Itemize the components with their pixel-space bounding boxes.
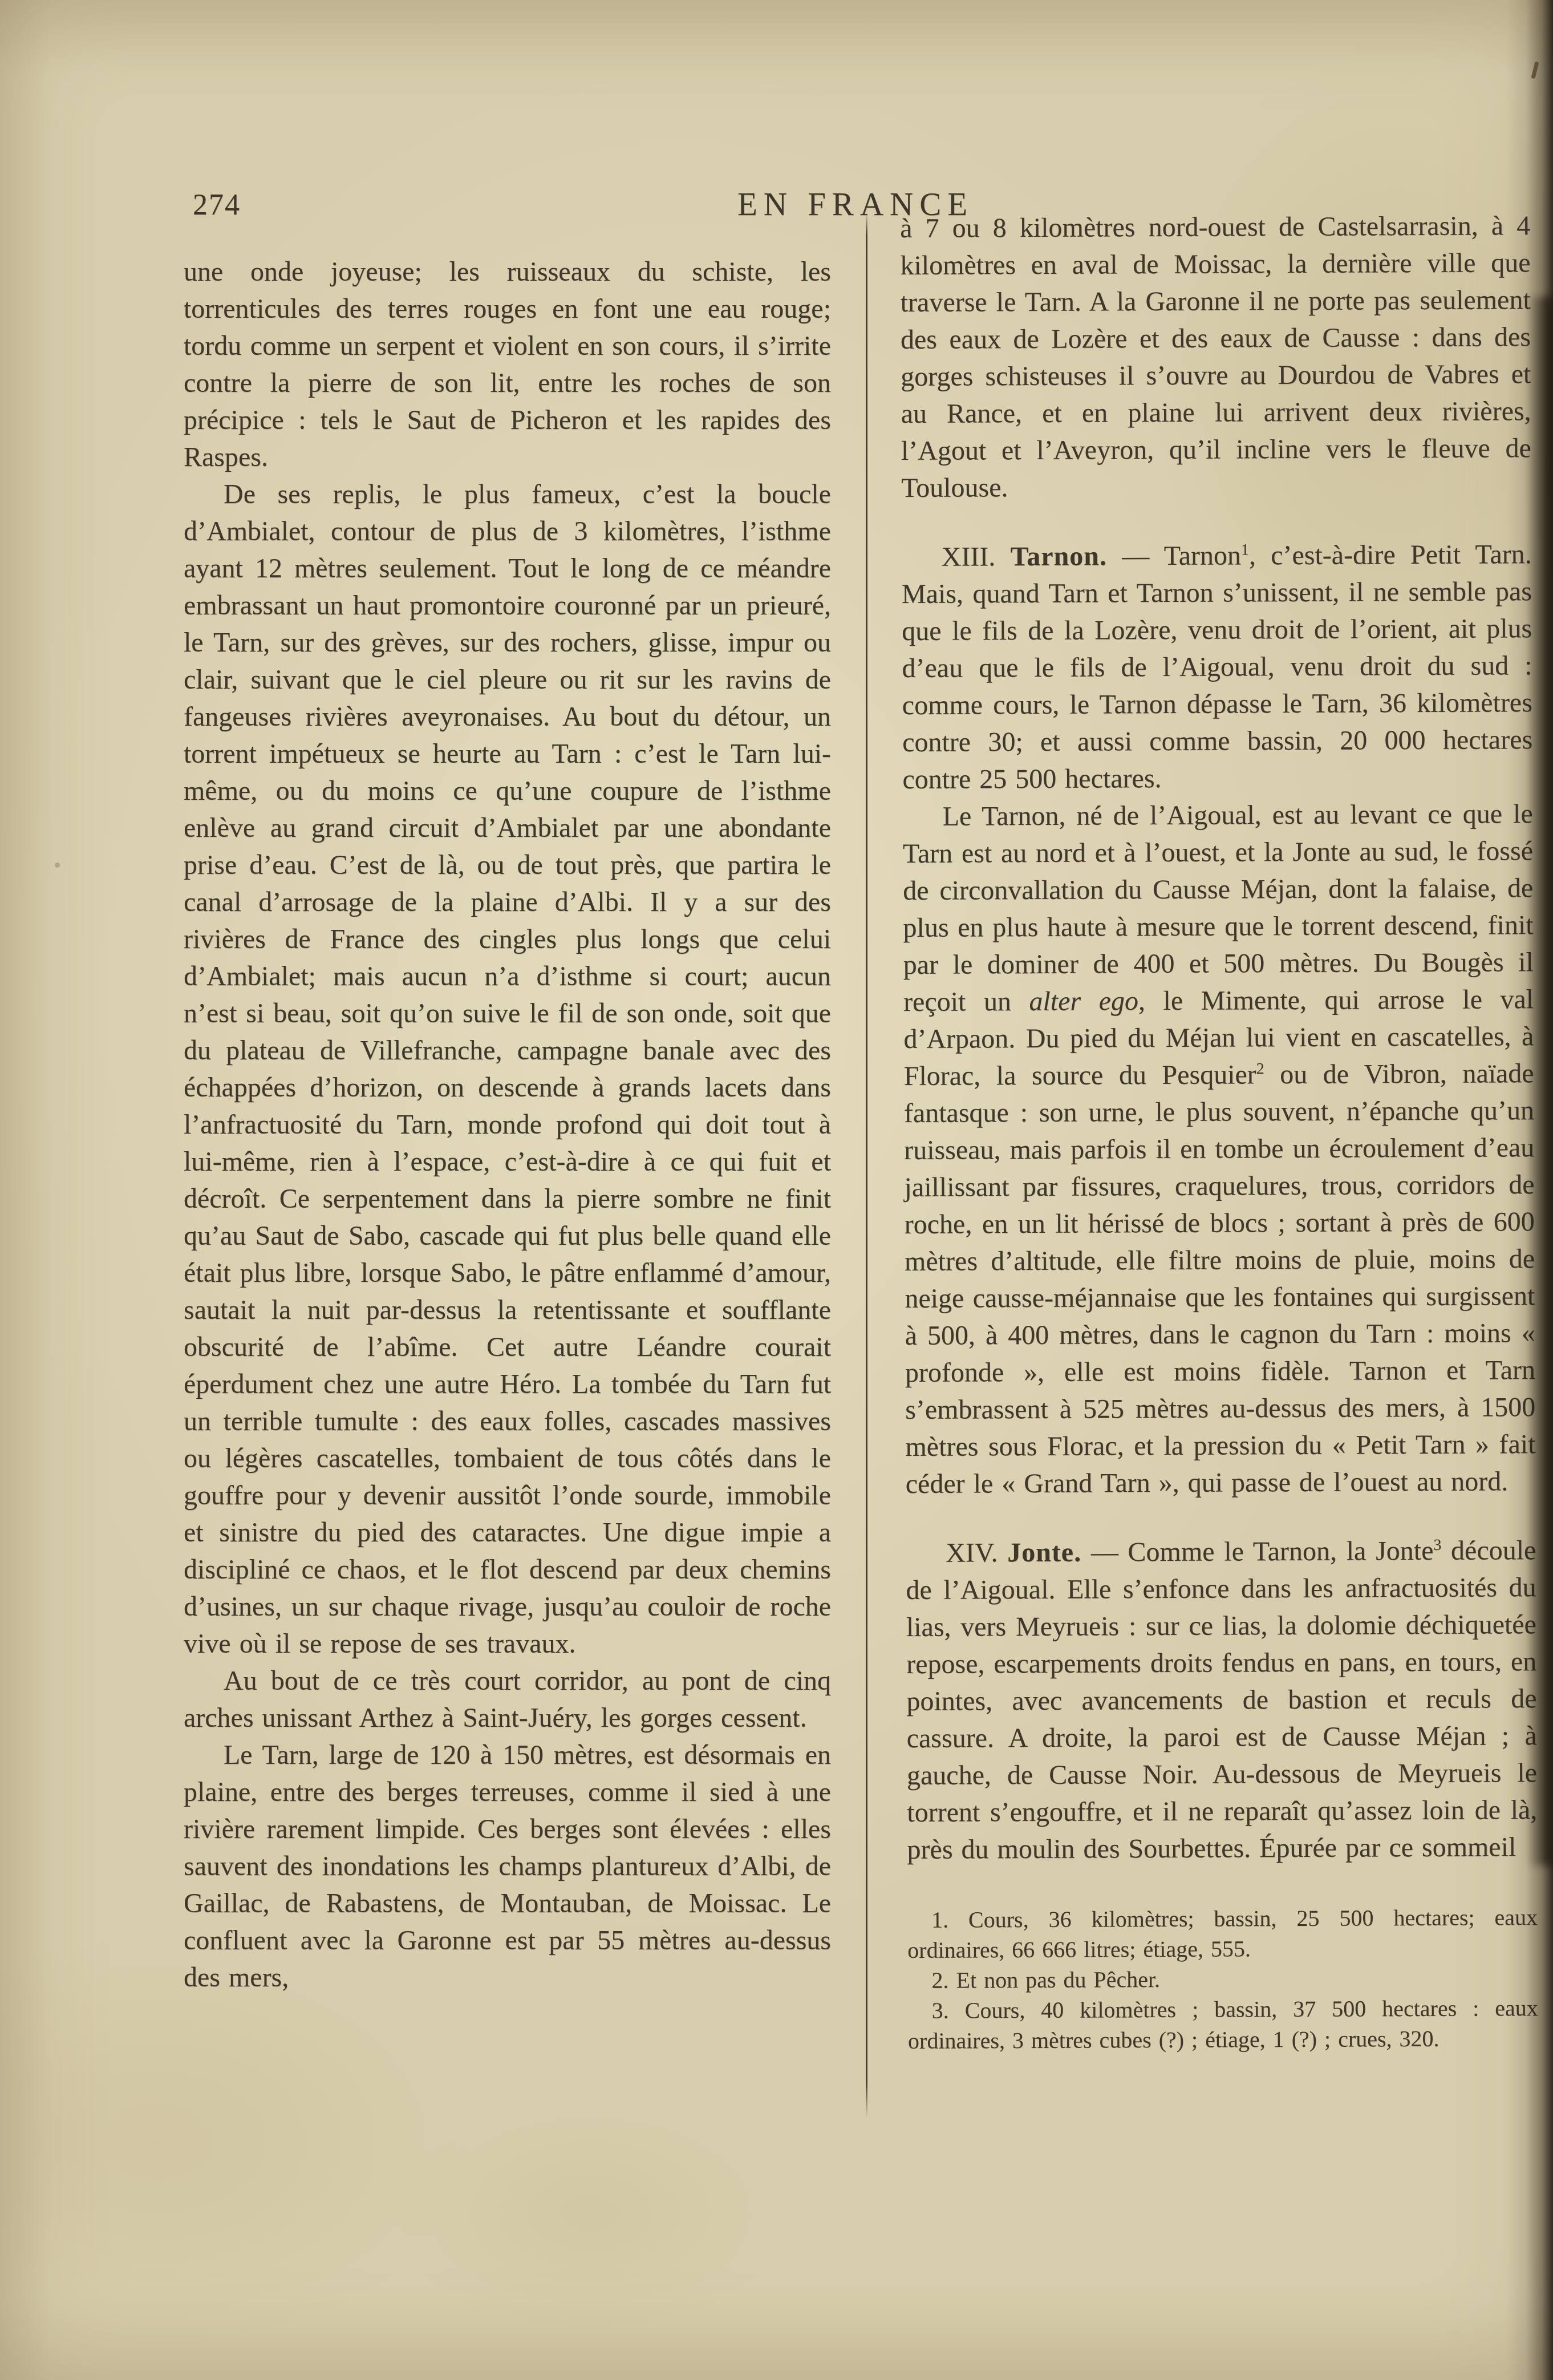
left-column: une onde joyeuse; les ruisseaux du schis…	[184, 253, 831, 1996]
paragraph: De ses replis, le plus fameux, c’est la …	[184, 476, 831, 1662]
paragraph: Le Tarnon, né de l’Aigoual, est au levan…	[902, 795, 1535, 1503]
right-column-text: à 7 ou 8 kilomètres nord-ouest de Castel…	[900, 207, 1538, 1868]
paragraph: à 7 ou 8 kilomètres nord-ouest de Castel…	[900, 207, 1531, 507]
gutter-shadow-core	[1527, 297, 1553, 1865]
paragraph: Le Tarn, large de 120 à 150 mètres, est …	[184, 1737, 831, 1996]
footnote: 1. Cours, 36 kilomètres; bassin, 25 500 …	[907, 1902, 1538, 1965]
paragraph: une onde joyeuse; les ruisseaux du schis…	[184, 253, 831, 476]
dust-speck	[55, 863, 60, 868]
right-column: à 7 ou 8 kilomètres nord-ouest de Castel…	[900, 207, 1538, 2056]
footnotes: 1. Cours, 36 kilomètres; bassin, 25 500 …	[907, 1902, 1538, 2056]
column-divider	[866, 212, 867, 2118]
paragraph: XIV. Jonte. — Comme le Tarnon, la Jonte3…	[906, 1532, 1538, 1868]
book-page: 274 EN FRANCE une onde joyeuse; les ruis…	[0, 0, 1553, 2380]
footnote: 2. Et non pas du Pêcher.	[907, 1962, 1538, 1996]
paragraph: XIII. Tarnon. — Tarnon1, c’est-à-dire Pe…	[902, 536, 1533, 798]
footnote: 3. Cours, 40 kilomètres ; bassin, 37 500…	[908, 1993, 1538, 2056]
paragraph: Au bout de ce très court corridor, au po…	[184, 1662, 831, 1737]
